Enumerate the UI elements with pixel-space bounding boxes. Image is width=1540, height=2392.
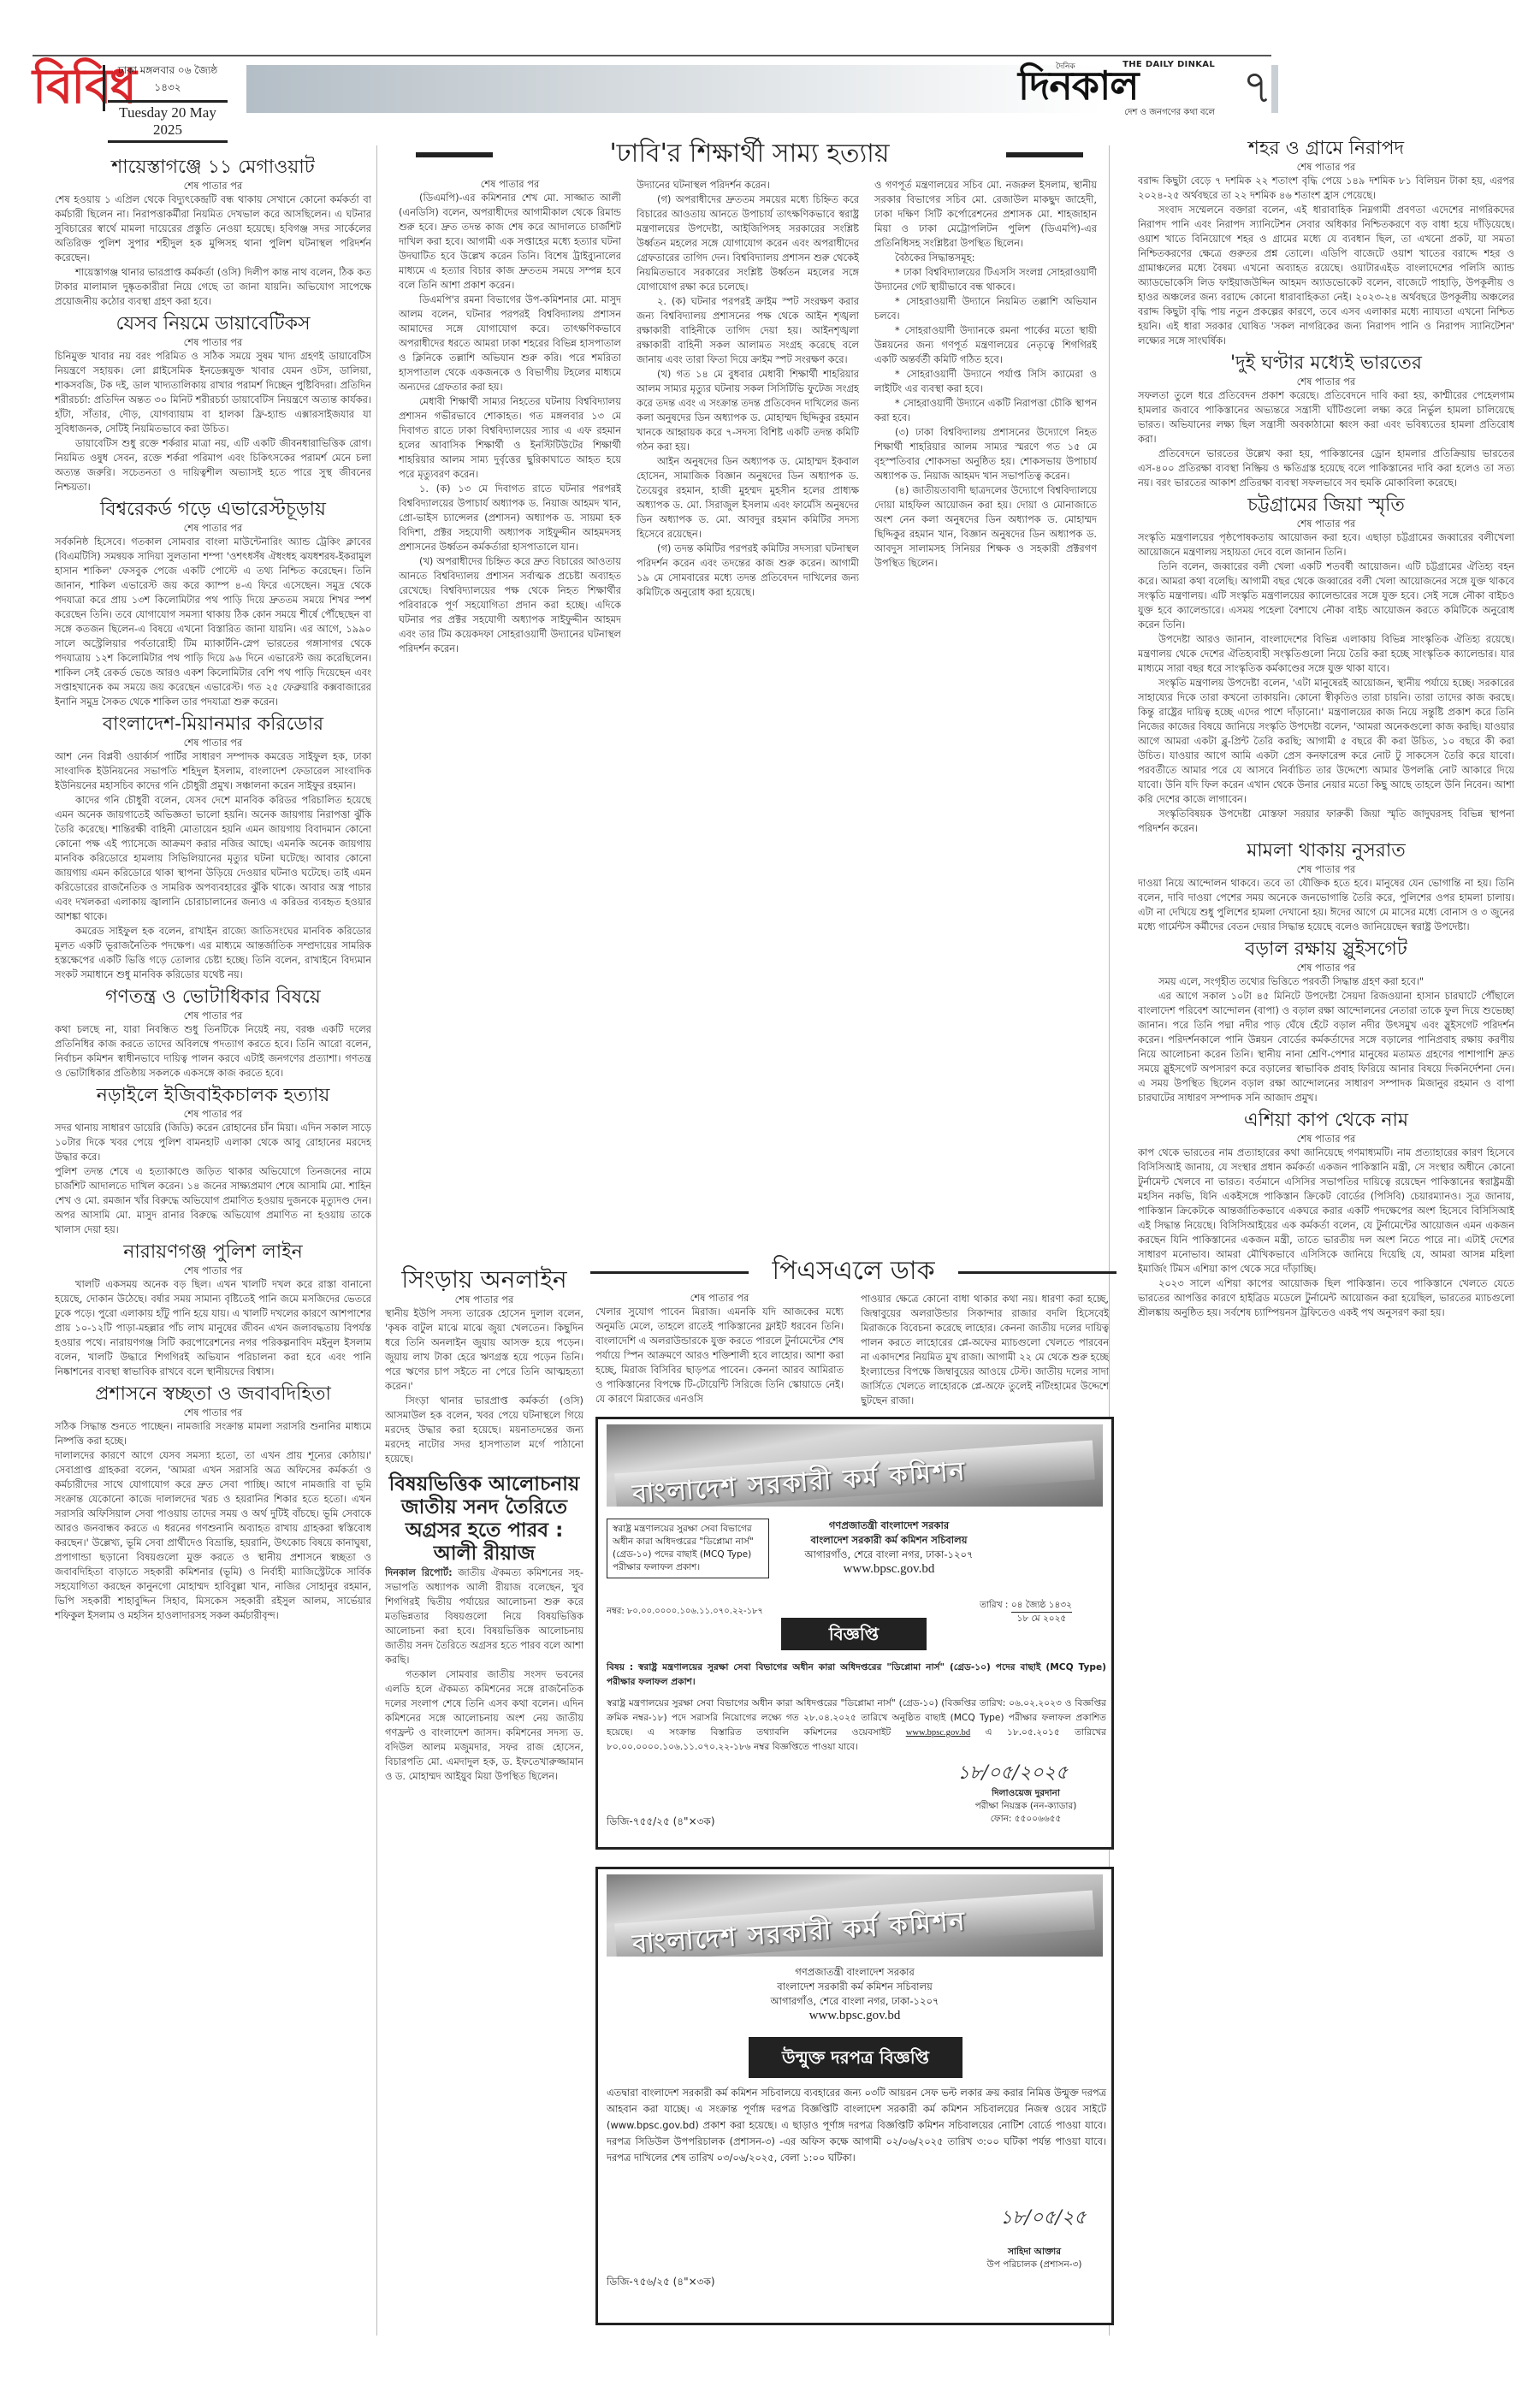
article-paragraph: সর্বকনিষ্ঠ হিসেবে। গতকাল সোমবার বাংলা মা… — [55, 535, 371, 709]
story-paragraph: মেধাবী শিক্ষার্থী সাম্যর নিহতের ঘটনায় ব… — [399, 394, 621, 482]
tender-banner: উন্মুক্ত দরপত্র বিজ্ঞপ্তি — [749, 2037, 962, 2078]
article-paragraph: সময় এলে, সংগৃহীত তথ্যের ভিত্তিতে পরবর্ত… — [1138, 974, 1514, 989]
story-paragraph: (ডিএমপি)-এর কমিশনার শেখ মো. সাজ্জাত আলী … — [399, 191, 621, 293]
bpsc-building-photo: বাংলাদেশ সরকারী কর্ম কমিশন — [607, 1874, 1103, 1957]
signer-title: উপ পরিচালক (প্রশাসন-৩) — [966, 2259, 1103, 2271]
singra-headline[interactable]: সিংড়ায় অনলাইন — [385, 1266, 583, 1294]
notice-subject: বিষয় : স্বরাষ্ট্র মন্ত্রণালয়ের সুরক্ষা… — [607, 1661, 1106, 1690]
masthead-tagline: দেশ ও জনগণের কথা বলে — [1124, 106, 1215, 121]
address-line: আগারগাঁও, শেরে বাংলা নগর, ঢাকা-১২০৭ — [778, 1548, 1000, 1562]
story-paragraph: (৩) ঢাকা বিশ্ববিদ্যালয় প্রশাসনের উদ্যোগ… — [874, 425, 1097, 483]
story-paragraph: ১. (ক) ১৩ মে দিবাগত রাতে ঘটনার পরপরই বিশ… — [399, 482, 621, 554]
article-paragraph: প্রতিবেদনে ভারতের উল্লেখ করা হয়, পাকিস্… — [1138, 447, 1514, 490]
signer-block: সাহিদা আক্তার উপ পরিচালক (প্রশাসন-৩) — [966, 2246, 1103, 2271]
article-paragraph: কমরেড সাইফুল হক বলেন, রাখাইন রাজ্যে জাতি… — [55, 924, 371, 982]
notice-banner: বিজ্ঞপ্তি — [781, 1618, 927, 1650]
psl-column-2: পাওয়ার ক্ষেত্রে কোনো বাধা থাকার কথা নয়… — [861, 1292, 1109, 1407]
article-paragraph: এর আগে সকাল ১০টা ৪৫ মিনিটে উপদেষ্টা সৈয়… — [1138, 989, 1514, 1105]
article-paragraph: শায়েস্তাগঞ্জ থানার ভারপ্রাপ্ত কর্মকর্তা… — [55, 265, 371, 309]
story-paragraph: * ঢাকা বিশ্ববিদ্যালয়ের টিএসসি সংলগ্ন সো… — [874, 265, 1097, 294]
date-english: Tuesday 20 May 2025 — [108, 103, 228, 143]
date-label: তারিখ : — [980, 1600, 1008, 1610]
date-english: ১৮ মে ২০২৫ — [1011, 1613, 1072, 1625]
header-gradient-band — [246, 65, 1102, 113]
article-shayestaganj: শায়েস্তাগঞ্জে ১১ মেগাওয়াট শেষ পাতার পর… — [55, 156, 371, 309]
signer-phone: ফোন: ৫৫০০৬৬৫৫ — [949, 1813, 1103, 1826]
story-paragraph: গতকাল সোমবার জাতীয় সংসদ ভবনের এলডি হলে … — [385, 1667, 583, 1784]
ad-code: ডিজি-৭৫৫/২৫ (৪"×৩ক) — [607, 1815, 715, 1832]
article-paragraph: সদর থানায় সাধারণ ডায়েরি (জিডি) করেন রো… — [55, 1121, 371, 1164]
riaz-headline[interactable]: বিষয়ভিত্তিক আলোচনায় জাতীয় সনদ তৈরিতে … — [385, 1473, 583, 1566]
main-story-column-1: শেষ পাতার পর (ডিএমপি)-এর কমিশনার শেখ মো.… — [399, 178, 621, 1256]
address-line: আগারগাঁও, শেরে বাংলা নগর, ঢাকা-১২০৭ — [726, 1994, 983, 2009]
bpsc-result-notice: বাংলাদেশ সরকারী কর্ম কমিশন স্বরাষ্ট্র মন… — [595, 1417, 1114, 1850]
tender-body: এতদ্বারা বাংলাদেশ সরকারী কর্ম কমিশন সচিব… — [607, 2085, 1106, 2166]
continued-label: শেষ পাতার পর — [1138, 962, 1514, 974]
story-paragraph: খেলার সুযোগ পাবেন মিরাজ। এমনকি যদি আজকের… — [595, 1305, 844, 1406]
story-paragraph: ২. (ক) ঘটনার পরপরই ক্রাইম স্পট সংরক্ষণ ক… — [637, 294, 859, 367]
article-paragraph: ডায়াবেটিস শুধু রক্তে শর্করার মাত্রা নয়… — [55, 436, 371, 494]
article-headline[interactable]: বিশ্বরেকর্ড গড়ে এভারেস্টচূড়ায় — [55, 498, 371, 522]
notice-subject-box: স্বরাষ্ট্র মন্ত্রণালয়ের সুরক্ষা সেবা বি… — [607, 1519, 769, 1578]
continued-label: শেষ পাতার পর — [1138, 863, 1514, 876]
page-number: ৭ — [1242, 63, 1272, 111]
continued-label: শেষ পাতার পর — [55, 180, 371, 192]
office-line: বাংলাদেশ সরকারী কর্ম কমিশন সচিবালয় — [778, 1533, 1000, 1548]
website-link[interactable]: www.bpsc.gov.bd — [906, 1728, 970, 1738]
article-paragraph: দালালদের কারণে আগে যেসব সমস্যা হতো, তা এ… — [55, 1448, 371, 1623]
article-headline[interactable]: গণতন্ত্র ও ভোটাধিকার বিষয়ে — [55, 986, 371, 1009]
article-paragraph: কথা চলছে না, যারা নিবন্ধিত শুধু তিনটিকে … — [55, 1022, 371, 1081]
article-paragraph: কাদের গনি চৌধুরী বলেন, যেসব দেশে মানবিক … — [55, 793, 371, 924]
notice-letterhead: গণপ্রজাতন্ত্রী বাংলাদেশ সরকার বাংলাদেশ স… — [726, 1965, 983, 2023]
notice-date: তারিখ : ০৪ জ্যৈষ্ঠ ১৪৩২ ১৮ মে ২০২৫ — [980, 1599, 1108, 1625]
article-paragraph: সংস্কৃতিবিষয়ক উপদেষ্টা মোস্তফা সরয়ার ফ… — [1138, 807, 1514, 836]
article-paragraph: কাপ থেকে ভারতের নাম প্রত্যাহারের কথা জান… — [1138, 1146, 1514, 1276]
article-paragraph: আশ নেন বিপ্লবী ওয়ার্কার্স পার্টির সাধার… — [55, 749, 371, 793]
continued-label: শেষ পাতার পর — [55, 1108, 371, 1121]
story-paragraph: ডিএমপি'র রমনা বিভাগের উপ-কমিশনার মো. মাস… — [399, 293, 621, 394]
article-paragraph: সংস্কৃতি মন্ত্রণালয় উপদেষ্টা বলেন, 'এটা… — [1138, 676, 1514, 807]
article-corridor: বাংলাদেশ-মিয়ানমার করিডোর শেষ পাতার পর আ… — [55, 713, 371, 982]
article-asia-cup: এশিয়া কাপ থেকে নাম শেষ পাতার পর কাপ থেক… — [1138, 1109, 1514, 1320]
story-paragraph: * সোহরাওয়ার্দী উদ্যানে পর্যাপ্ত সিসি ক্… — [874, 367, 1097, 396]
gov-line: গণপ্রজাতন্ত্রী বাংলাদেশ সরকার — [726, 1965, 983, 1980]
continued-label: শেষ পাতার পর — [55, 1264, 371, 1277]
article-paragraph: খালটি একসময় অনেক বড় ছিল। এখন খালটি দখল… — [55, 1277, 371, 1379]
psl-column-1: শেষ পাতার পর খেলার সুযোগ পাবেন মিরাজ। এম… — [595, 1292, 844, 1407]
article-diabetes: যেসব নিয়মে ডায়াবেটিকস শেষ পাতার পর চিন… — [55, 312, 371, 494]
article-paragraph: শেষ হওয়ায় ১ এপ্রিল থেকে বিদ্যুৎকেন্দ্র… — [55, 192, 371, 265]
article-paragraph: সংবাদ সম্মেলনে বক্তারা বলেন, এই ধারাবাহি… — [1138, 203, 1514, 348]
signature: ১৮/০৫/২৫ — [1000, 2203, 1087, 2235]
article-headline[interactable]: প্রশাসনে স্বচ্ছতা ও জবাবদিহিতা — [55, 1383, 371, 1406]
article-paragraph: তিনি বলেন, জব্বারের বলী খেলা একটি শতবর্ষ… — [1138, 560, 1514, 632]
article-paragraph: সঠিক সিদ্ধান্ত শুনতে পাচ্ছেন। নামজারি সং… — [55, 1419, 371, 1448]
headline-rule-right — [1006, 152, 1083, 157]
story-paragraph: বৈঠকের সিদ্ধান্তসমূহ: — [874, 251, 1097, 265]
signer-title: পরীক্ষা নিয়ন্ত্রক (নন-ক্যাডার) — [949, 1800, 1103, 1813]
article-headline[interactable]: শায়েস্তাগঞ্জে ১১ মেগাওয়াট — [55, 156, 371, 180]
bpsc-building-photo: বাংলাদেশ সরকারী কর্ম কমিশন — [607, 1424, 1103, 1507]
story-paragraph: * সোহরাওয়ার্দী উদ্যানে একটি নিরাপত্তা চ… — [874, 396, 1097, 425]
main-headline-row: 'ঢাবি'র শিক্ষার্থী সাম্য হত্যায় — [382, 137, 1117, 171]
story-paragraph: সিংড়া থানার ভারপ্রাপ্ত কর্মকর্তা (ওসি) … — [385, 1394, 583, 1466]
continued-label: শেষ পাতার পর — [595, 1292, 844, 1305]
article-narail: নড়াইলে ইজিবাইকচালক হত্যায় শেষ পাতার পর… — [55, 1084, 371, 1237]
continued-label: শেষ পাতার পর — [385, 1294, 583, 1306]
column-rule — [376, 145, 377, 2336]
article-headline[interactable]: শহর ও গ্রামে নিরাপদ — [1138, 137, 1514, 161]
article-paragraph: চিনিমুক্ত খাবার নয় বরং পরিমিত ও সঠিক সম… — [55, 349, 371, 436]
article-everest: বিশ্বরেকর্ড গড়ে এভারেস্টচূড়ায় শেষ পাত… — [55, 498, 371, 709]
story-paragraph: (খ) অপরাধীদের চিহ্নিত করে দ্রুত বিচারের … — [399, 554, 621, 656]
article-paragraph: সংস্কৃতি মন্ত্রণালয়ের পৃষ্ঠপোষকতায় আয়… — [1138, 530, 1514, 560]
website-link[interactable]: www.bpsc.gov.bd — [726, 2009, 983, 2023]
story-paragraph: * সোহরাওয়ার্দী উদ্যানকে রমনা পার্কের মত… — [874, 323, 1097, 367]
continued-label: শেষ পাতার পর — [55, 336, 371, 349]
article-india: 'দুই ঘণ্টার মধ্যেই ভারতের শেষ পাতার পর স… — [1138, 352, 1514, 490]
article-paragraph: বরাদ্দ কিছুটা বেড়ে ৭ দশমিক ২২ শতাংশ বৃদ… — [1138, 174, 1514, 203]
page-number-bar — [1271, 65, 1278, 113]
article-transparency: প্রশাসনে স্বচ্ছতা ও জবাবদিহিতা শেষ পাতার… — [55, 1383, 371, 1623]
article-headline[interactable]: নড়াইলে ইজিবাইকচালক হত্যায় — [55, 1084, 371, 1108]
bpsc-tender-notice: বাংলাদেশ সরকারী কর্ম কমিশন গণপ্রজাতন্ত্র… — [595, 1867, 1114, 2325]
article-paragraph: ২০২৩ সালে এশিয়া কাপের আয়োজক ছিল পাকিস্… — [1138, 1276, 1514, 1320]
story-paragraph: ও গণপূর্ত মন্ত্রণালয়ের সচিব মো. নজরুল ই… — [874, 178, 1097, 251]
date-block: ঢাকা মঙ্গলবার ০৬ জ্যৈষ্ঠ ১৪৩২ Tuesday 20… — [108, 63, 228, 143]
article-headline[interactable]: 'দুই ঘণ্টার মধ্যেই ভারতের — [1138, 352, 1514, 376]
byline: দিনকাল রিপোর্ট: — [385, 1566, 453, 1578]
story-paragraph: উদ্যানের ঘটনাস্থল পরিদর্শন করেন। — [637, 178, 859, 192]
story-paragraph: (খ) গত ১৪ মে বুধবার মেধাবী শিক্ষার্থী শা… — [637, 367, 859, 454]
story-paragraph: (৪) জাতীয়তাবাদী ছাত্রদলের উদ্যোগে বিশ্ব… — [874, 483, 1097, 571]
article-headline[interactable]: যেসব নিয়মে ডায়াবেটিকস — [55, 312, 371, 336]
notice-letterhead: গণপ্রজাতন্ত্রী বাংলাদেশ সরকার বাংলাদেশ স… — [778, 1519, 1000, 1577]
article-wash: শহর ও গ্রামে নিরাপদ শেষ পাতার পর বরাদ্দ … — [1138, 137, 1514, 348]
signer-name: দিলাওয়েজ দুরদানা — [949, 1787, 1103, 1800]
story-paragraph: স্থানীয় ইউপি সদস্য তারেক হোসেন দুলাল বল… — [385, 1306, 583, 1394]
article-baral: বড়াল রক্ষায় স্লুইসগেট শেষ পাতার পর সময… — [1138, 938, 1514, 1105]
story-paragraph: পাওয়ার ক্ষেত্রে কোনো বাধা থাকার কথা নয়… — [861, 1292, 1109, 1407]
article-paragraph: উপদেষ্টা আরও জানান, বাংলাদেশের বিভিন্ন এ… — [1138, 632, 1514, 676]
article-headline[interactable]: এশিয়া কাপ থেকে নাম — [1138, 1109, 1514, 1133]
masthead-logo[interactable]: দৈনিক THE DAILY DINKAL দিনকাল দেশ ও জনগণ… — [1018, 60, 1232, 116]
signature: ১৮/০৫/২০২৫ — [957, 1758, 1068, 1790]
sign-text: বাংলাদেশ সরকারী কর্ম কমিশন — [631, 1450, 968, 1507]
article-headline[interactable]: চট্টগ্রামের জিয়া স্মৃতি — [1138, 494, 1514, 518]
left-column: শায়েস্তাগঞ্জে ১১ মেগাওয়াট শেষ পাতার পর… — [55, 152, 371, 2342]
main-story-column-2: উদ্যানের ঘটনাস্থল পরিদর্শন করেন। (গ) অপর… — [637, 178, 859, 1256]
gov-line: গণপ্রজাতন্ত্রী বাংলাদেশ সরকার — [778, 1519, 1000, 1533]
continued-label: শেষ পাতার পর — [1138, 518, 1514, 530]
story-paragraph: (গ) তদন্ত কমিটির পরপরই কমিটির সদস্যরা ঘট… — [637, 542, 859, 600]
article-zia-memorial: চট্টগ্রামের জিয়া স্মৃতি শেষ পাতার পর সং… — [1138, 494, 1514, 836]
continued-label: শেষ পাতার পর — [55, 1406, 371, 1419]
article-paragraph: সফলতা তুলে ধরে প্রতিবেদন প্রকাশ করেছে। প… — [1138, 388, 1514, 447]
article-democracy: গণতন্ত্র ও ভোটাধিকার বিষয়ে শেষ পাতার পর… — [55, 986, 371, 1081]
right-column: শহর ও গ্রামে নিরাপদ শেষ পাতার পর বরাদ্দ … — [1138, 133, 1514, 2341]
article-headline[interactable]: নারায়ণগঞ্জ পুলিশ লাইন — [55, 1240, 371, 1264]
sign-text: বাংলাদেশ সরকারী কর্ম কমিশন — [631, 1900, 968, 1957]
continued-label: শেষ পাতার পর — [1138, 376, 1514, 388]
ad-code: ডিজি-৭৫৬/২৫ (৪"×৩ক) — [607, 2275, 715, 2292]
continued-label: শেষ পাতার পর — [55, 1009, 371, 1022]
psl-headline-row: পিএসএলে ডাক — [590, 1254, 1116, 1290]
website-link[interactable]: www.bpsc.gov.bd — [778, 1562, 1000, 1577]
singra-riaz-column: সিংড়ায় অনলাইন শেষ পাতার পর স্থানীয় ইউ… — [385, 1263, 583, 2341]
story-paragraph: (গ) অপরাধীদের দ্রুততম সময়ের মধ্যে চিহ্ন… — [637, 192, 859, 294]
continued-label: শেষ পাতার পর — [399, 178, 621, 191]
article-narayanganj: নারায়ণগঞ্জ পুলিশ লাইন শেষ পাতার পর খালট… — [55, 1240, 371, 1379]
main-story-column-3: ও গণপূর্ত মন্ত্রণালয়ের সচিব মো. নজরুল ই… — [874, 178, 1097, 1256]
header-top-rule — [33, 55, 1271, 56]
story-paragraph: জাতীয় ঐকমত্য কমিশনের সহ-সভাপতি অধ্যাপক … — [385, 1566, 583, 1666]
header-divider — [103, 65, 105, 111]
article-headline[interactable]: বড়াল রক্ষায় স্লুইসগেট — [1138, 938, 1514, 962]
continued-label: শেষ পাতার পর — [55, 737, 371, 749]
story-paragraph: আইন অনুষদের ডিন অধ্যাপক ড. মোহাম্মদ ইকবা… — [637, 454, 859, 542]
date-bengali: ঢাকা মঙ্গলবার ০৬ জ্যৈষ্ঠ ১৪৩২ — [108, 63, 228, 103]
signer-block: দিলাওয়েজ দুরদানা পরীক্ষা নিয়ন্ত্রক (নন… — [949, 1787, 1103, 1826]
article-nusrat: মামলা থাকায় নুসরাত শেষ পাতার পর দাওয়া … — [1138, 839, 1514, 934]
continued-label: শেষ পাতার পর — [1138, 161, 1514, 174]
signer-name: সাহিদা আক্তার — [966, 2246, 1103, 2259]
article-headline[interactable]: মামলা থাকায় নুসরাত — [1138, 839, 1514, 863]
article-paragraph: দাওয়া নিয়ে আন্দোলন থাকবে। তবে তা যৌক্ত… — [1138, 876, 1514, 934]
story-paragraph: * সোহরাওয়ার্দী উদ্যানে নিয়মিত তল্লাশি … — [874, 294, 1097, 323]
continued-label: শেষ পাতার পর — [1138, 1133, 1514, 1146]
article-headline[interactable]: বাংলাদেশ-মিয়ানমার করিডোর — [55, 713, 371, 737]
continued-label: শেষ পাতার পর — [55, 522, 371, 535]
memo-number: নম্বর: ৮০.০০.০০০০.১০৬.১১.০৭০.২২-১৮৭ — [607, 1604, 829, 1619]
notice-body: স্বরাষ্ট্র মন্ত্রণালয়ের সুরক্ষা সেবা বি… — [607, 1696, 1106, 1755]
office-line: বাংলাদেশ সরকারী কর্ম কমিশন সচিবালয় — [726, 1980, 983, 1994]
article-paragraph: পুলিশ তদন্ত শেষে এ হত্যাকাণ্ডে জড়িত থাক… — [55, 1164, 371, 1237]
masthead-title: দিনকাল — [1018, 65, 1139, 106]
date-bengali: ০৪ জ্যৈষ্ঠ ১৪৩২ — [1011, 1599, 1072, 1613]
headline-rule-right — [958, 1271, 1116, 1274]
